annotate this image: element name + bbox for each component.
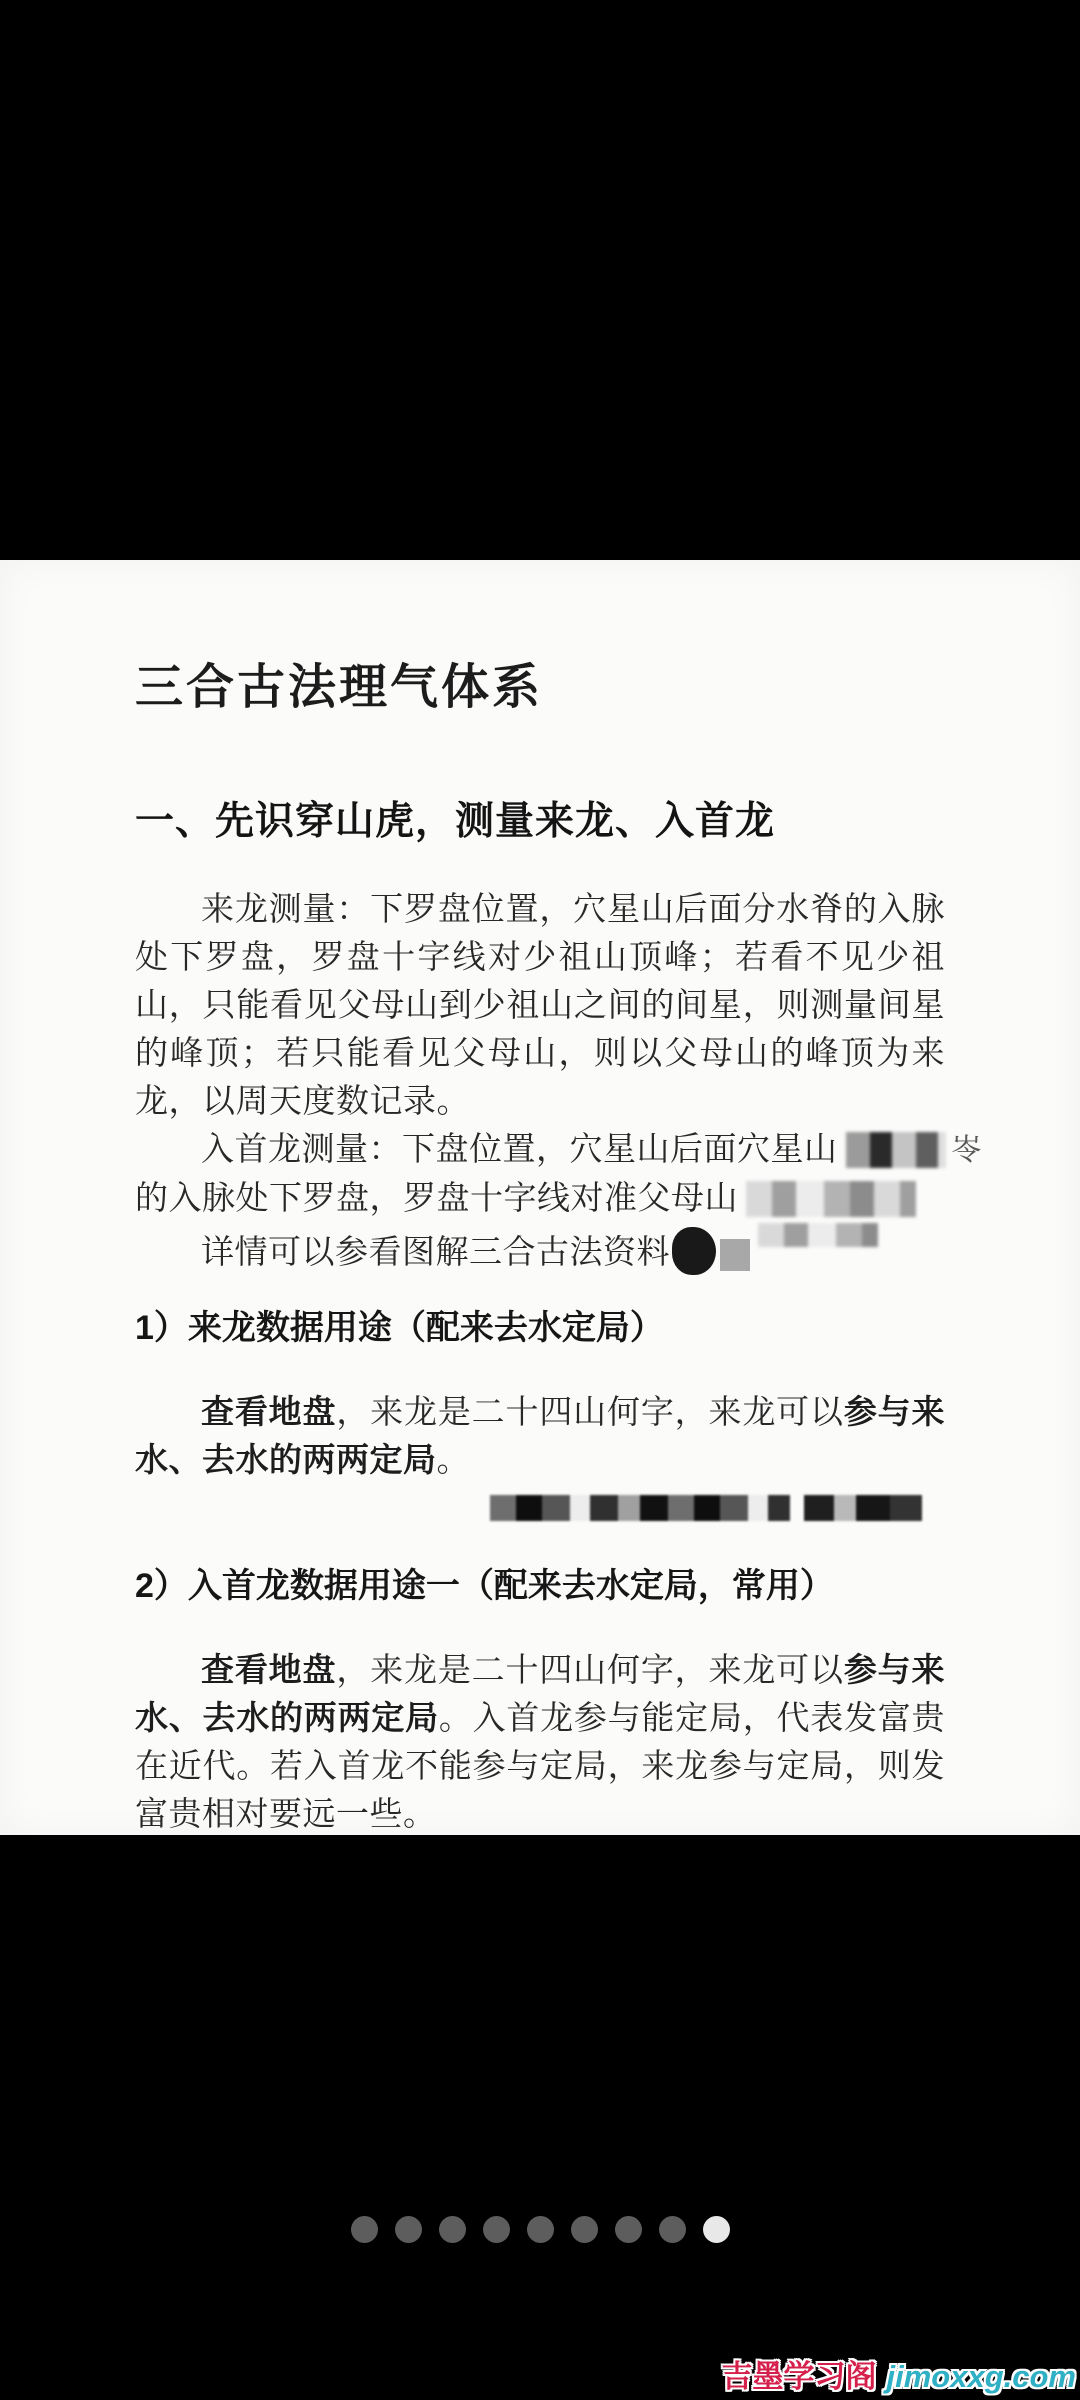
redaction-mosaic-line1 — [846, 1132, 946, 1168]
carousel-dot-8[interactable] — [659, 2216, 686, 2243]
redaction-bar — [490, 1495, 945, 1521]
carousel-dot-2[interactable] — [395, 2216, 422, 2243]
normal-run: ，来龙是二十四山何字，来龙可以 — [336, 1653, 844, 1689]
normal-run: ，来龙是二十四山何字，来龙可以 — [336, 1395, 844, 1431]
letterbox-top — [0, 0, 1080, 560]
watermark-site-name: 吉墨学习阁 — [722, 2359, 877, 2394]
normal-run: 。 — [437, 1443, 471, 1479]
carousel-dot-4[interactable] — [483, 2216, 510, 2243]
carousel-dot-7[interactable] — [615, 2216, 642, 2243]
redaction-mosaic-line2 — [746, 1181, 916, 1217]
document-page[interactable]: 三合古法理气体系 一、先识穿山虎，测量来龙、入首龙 来龙测量：下罗盘位置，穴星山… — [0, 560, 1080, 1835]
rushoulong-line2-text: 的入脉处下罗盘，罗盘十字线对准父母山 — [135, 1181, 738, 1217]
carousel-dot-3[interactable] — [439, 2216, 466, 2243]
details-line-text: 详情可以参看图解三合古法资料 — [201, 1235, 670, 1271]
watermark-site-url: jimoxxg.com — [887, 2359, 1077, 2394]
page-indicator — [0, 2216, 1080, 2243]
redaction-blob — [672, 1227, 716, 1275]
page-title: 三合古法理气体系 — [135, 560, 945, 720]
redaction-bar-segment-2 — [804, 1495, 922, 1521]
redaction-bar-segment-1 — [490, 1495, 790, 1521]
redaction-gray-block — [720, 1239, 750, 1271]
subsection2-paragraph: 查看地盘，来龙是二十四山何字，来龙可以参与来水、去水的两两定局。入首龙参与能定局… — [135, 1647, 945, 1839]
paragraph-details-line: 详情可以参看图解三合古法资料 — [135, 1223, 945, 1277]
redaction-mosaic-line3 — [758, 1223, 878, 1247]
phone-screen: 三合古法理气体系 一、先识穿山虎，测量来龙、入首龙 来龙测量：下罗盘位置，穴星山… — [0, 0, 1080, 2400]
paragraph-lailong-measure: 来龙测量：下罗盘位置，穴星山后面分水脊的入脉处下罗盘，罗盘十字线对少祖山顶峰；若… — [135, 886, 945, 1126]
section-heading: 一、先识穿山虎，测量来龙、入首龙 — [135, 796, 945, 848]
subsection2-heading: 2）入首龙数据用途一（配来去水定局，常用） — [135, 1561, 945, 1611]
watermark: 吉墨学习阁jimoxxg.com — [722, 2358, 1077, 2396]
paragraph-rushoulong-line1: 入首龙测量：下盘位置，穴星山后面穴星山岺 — [135, 1126, 945, 1175]
rushoulong-line1-tail: 岺 — [952, 1134, 983, 1167]
letterbox-bottom — [0, 1835, 1080, 2400]
carousel-dot-1[interactable] — [351, 2216, 378, 2243]
carousel-dot-6[interactable] — [571, 2216, 598, 2243]
bold-run: 查看地盘 — [201, 1653, 336, 1689]
carousel-dot-9[interactable] — [703, 2216, 730, 2243]
bold-run: 查看地盘 — [201, 1395, 336, 1431]
subsection1-heading: 1）来龙数据用途（配来去水定局） — [135, 1303, 945, 1353]
paragraph-rushoulong-line2: 的入脉处下罗盘，罗盘十字线对准父母山 — [135, 1175, 945, 1223]
carousel-dot-5[interactable] — [527, 2216, 554, 2243]
rushoulong-line1-text: 入首龙测量：下盘位置，穴星山后面穴星山 — [201, 1132, 838, 1168]
subsection1-paragraph: 查看地盘，来龙是二十四山何字，来龙可以参与来水、去水的两两定局。 — [135, 1389, 945, 1485]
